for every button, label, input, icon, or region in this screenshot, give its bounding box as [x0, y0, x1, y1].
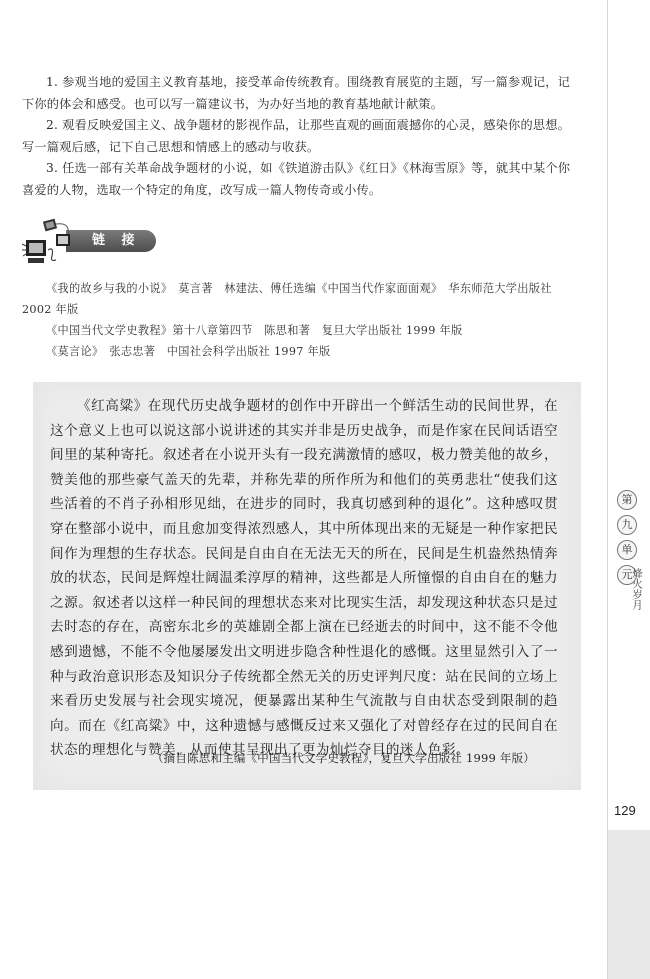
quote-paragraph: 《红高粱》在现代历史战争题材的创作中开辟出一个鲜活生动的民间世界，在这个意义上也… — [50, 394, 558, 763]
writing-tasks: 1. 参观当地的爱国主义教育基地，接受革命传统教育。围绕教育展览的主题，写一篇参… — [22, 72, 580, 201]
unit-char: 九 — [617, 515, 637, 535]
reference-item: 《莫言论》 张志忠著 中国社会科学出版社 1997 年版 — [22, 341, 580, 362]
quote-text: 《红高粱》在现代历史战争题材的创作中开辟出一个鲜活生动的民间世界，在这个意义上也… — [50, 394, 558, 763]
reference-list: 《我的故乡与我的小说》 莫言著 林建法、傅任选编《中国当代作家面面观》 华东师范… — [22, 278, 580, 362]
task-item: 2. 观看反映爱国主义、战争题材的影视作品，让那些直观的画面震撼你的心灵，感染你… — [22, 115, 580, 158]
computer-monitors-icon — [22, 218, 82, 270]
unit-char: 单 — [617, 540, 637, 560]
reference-item: 《我的故乡与我的小说》 莫言著 林建法、傅任选编《中国当代作家面面观》 华东师范… — [22, 278, 580, 320]
reference-item: 《中国当代文学史教程》第十八章第四节 陈思和著 复旦大学出版社 1999 年版 — [22, 320, 580, 341]
page-number: 129 — [614, 803, 636, 818]
link-section-header: 链 接 — [22, 218, 142, 270]
task-item: 1. 参观当地的爱国主义教育基地，接受革命传统教育。围绕教育展览的主题，写一篇参… — [22, 72, 580, 115]
task-item: 3. 任选一部有关革命战争题材的小说，如《铁道游击队》《红日》《林海雪原》等，就… — [22, 158, 580, 201]
unit-char: 第 — [617, 490, 637, 510]
quote-source: （摘自陈思和主编《中国当代文学史教程》，复旦大学出版社 1999 年版） — [152, 750, 535, 766]
unit-title: 烽火岁月 — [631, 568, 643, 610]
margin-tab — [608, 830, 650, 979]
textbook-page: 1. 参观当地的爱国主义教育基地，接受革命传统教育。围绕教育展览的主题，写一篇参… — [0, 0, 607, 979]
